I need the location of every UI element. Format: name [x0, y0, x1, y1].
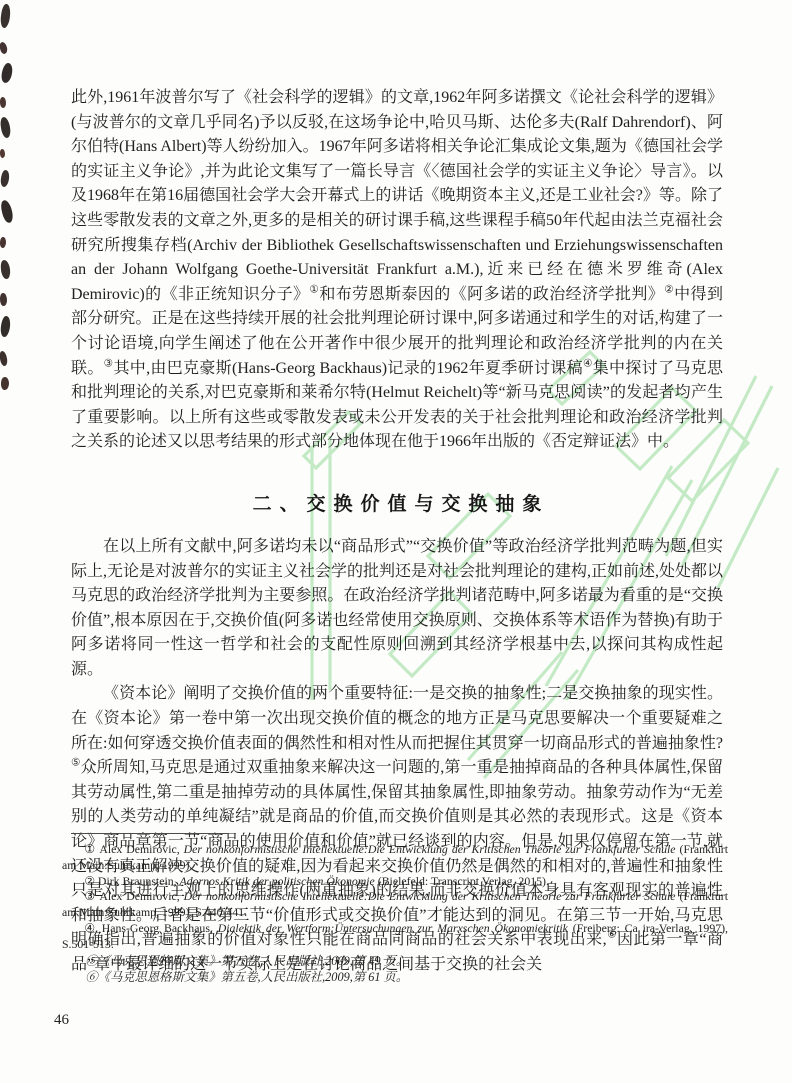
text-run: (Bielefeld: Transcript Verlag, 2015).: [375, 874, 549, 888]
footnote-3: ③ Alex Demirovic, Der nonkonformistische…: [62, 889, 728, 921]
section-heading: 二、交换价值与交换抽象: [71, 491, 723, 519]
footnote-marker: ⑤: [71, 758, 81, 769]
footnote-1: ① Alex Demirovic, Der nonkonformistische…: [62, 842, 728, 874]
footnote-5: ⑤《马克思恩格斯文集》第五卷,人民出版社,2009,第 49 页。: [62, 953, 728, 969]
text-run: ③ Alex Demirovic,: [84, 889, 183, 903]
text-run: ① Alex Demirovic,: [84, 842, 183, 856]
scan-artifact-blob: [0, 169, 10, 187]
scan-artifact-blob: [0, 62, 14, 84]
scan-artifact-blob: [0, 237, 7, 249]
scan-artifact-blob: [0, 351, 8, 367]
text-run: 在以上所有文献中,阿多诺均未以“商品形式”“交换价值”等政治经济学批判范畴为题,…: [71, 538, 723, 678]
footnote-marker: ②: [664, 284, 674, 295]
scan-artifact-blob: [0, 315, 12, 337]
text-run: Der nonkonformistische Intellektuelle:Di…: [184, 889, 676, 903]
page-number: 46: [54, 1012, 69, 1029]
scan-artifact-blob: [0, 97, 6, 108]
text-run: Dialektik der Wertform:Üntersuchungen zu…: [218, 921, 568, 935]
text-run: ② Dirk Braunstein,: [84, 874, 179, 888]
footnote-marker: ④: [583, 358, 593, 369]
scan-artifact-blob: [0, 116, 11, 138]
footnote-marker: ①: [309, 284, 319, 295]
footnote-2: ② Dirk Braunstein, Adornos Kritik der po…: [62, 874, 728, 890]
text-run: 和布劳恩斯泰因的《阿多诺的政治经济学批判》: [319, 286, 664, 303]
scan-artifacts: [0, 0, 18, 410]
text-run: ④ Hans-Georg Backhaus,: [84, 921, 217, 935]
text-run: ⑤《马克思恩格斯文集》第五卷,人民出版社,2009,第 49 页。: [85, 954, 408, 968]
scan-artifact-blob: [0, 199, 14, 224]
scan-artifact-blob: [0, 377, 9, 391]
footnote-6: ⑥《马克思恩格斯文集》第五卷,人民出版社,2009,第 61 页。: [62, 969, 728, 985]
scan-artifact-blob: [0, 260, 11, 280]
paragraph-exchange-value-overview: 在以上所有文献中,阿多诺均未以“商品形式”“交换价值”等政治经济学批判范畴为题,…: [71, 535, 723, 683]
text-run: 《资本论》阐明了交换价值的两个重要特征:一是交换的抽象性;二是交换抽象的现实性。…: [71, 685, 723, 751]
footnote-4: ④ Hans-Georg Backhaus, Dialektik der Wer…: [62, 921, 728, 953]
document-page: 此外,1961年波普尔写了《社会科学的逻辑》的文章,1962年阿多诺撰文《论社会…: [0, 0, 792, 1083]
text-run: ⑥《马克思恩格斯文集》第五卷,人民出版社,2009,第 61 页。: [85, 970, 408, 984]
paragraph-seminar-history: 此外,1961年波普尔写了《社会科学的逻辑》的文章,1962年阿多诺撰文《论社会…: [71, 86, 723, 455]
footnote-separator: [71, 833, 229, 834]
text-run: Adornos Kritik der politischen Ökonomie: [180, 874, 375, 888]
scan-artifact-blob: [0, 3, 12, 28]
scan-artifact-blob: [0, 149, 5, 158]
scan-artifact-blob: [0, 41, 8, 54]
text-run: 其中,由巴克豪斯(Hans-Georg Backhaus)记录的1962年夏季研…: [113, 360, 583, 377]
scan-artifact-blob: [0, 293, 7, 306]
text-run: 此外,1961年波普尔写了《社会科学的逻辑》的文章,1962年阿多诺撰文《论社会…: [71, 89, 723, 303]
footnote-marker: ③: [104, 358, 114, 369]
footnotes: ① Alex Demirovic, Der nonkonformistische…: [62, 842, 728, 985]
text-run: Der nonkonformistische Intellektuelle:Di…: [184, 842, 676, 856]
